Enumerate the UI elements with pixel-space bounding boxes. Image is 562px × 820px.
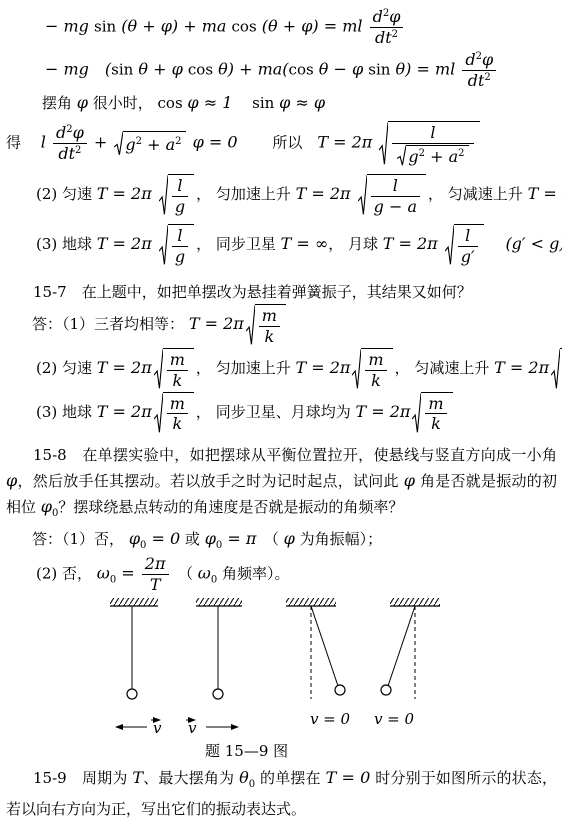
numerator: d2φ (370, 8, 404, 28)
math-run: φ (73, 123, 84, 142)
math-run: T (132, 768, 143, 787)
math-run: g − a (374, 197, 417, 216)
math-run: T = 2π (383, 234, 443, 253)
math-run: T = ∞ (281, 234, 329, 253)
square-root: lg2 + a2 (379, 121, 479, 166)
radical-sign-icon (114, 131, 123, 156)
math-run: d (465, 50, 475, 69)
figure-caption: 题 15—9 图 (205, 740, 562, 761)
radical-sign-icon (445, 224, 454, 266)
math-run: + (89, 133, 113, 152)
document-page: − mg sin (θ + φ) + ma cos (θ + φ) = ml d… (0, 0, 562, 820)
math-run: T = 0 (326, 768, 371, 787)
pendulum-bob (381, 685, 391, 695)
superscript: 2 (484, 72, 490, 83)
math-run: k (431, 414, 441, 433)
equation-1: − mg sin (θ + φ) + ma cos (θ + φ) = ml d… (45, 8, 562, 47)
ceiling-hatch-icon (286, 598, 336, 606)
question-15-8: 15-8 在单摆实验中，如把摆球从平衡位置拉开，使悬线与竖直方向成一小角 φ，然… (6, 443, 557, 526)
radical-sign-icon (379, 121, 388, 166)
velocity-zero-label: v = 0 (374, 710, 415, 728)
square-root: mk (352, 348, 392, 390)
text-run: ， 匀加速上升 (196, 185, 296, 203)
text-run: ， 同步卫星、月球均为 (196, 402, 356, 420)
superscript: 2 (392, 29, 398, 40)
numerator: 2π (142, 555, 169, 575)
square-root: mk (551, 348, 562, 390)
radicand: lg (168, 224, 194, 266)
math-run: dt (375, 28, 392, 47)
superscript: 2 (458, 148, 464, 159)
math-run: T = 2π (295, 358, 350, 377)
math-run: k (265, 327, 275, 346)
answer-15-7-1: 答：（1）三者均相等： T = 2πmk (32, 304, 562, 346)
text-run: 摆角 (42, 94, 77, 112)
math-run: k (172, 414, 182, 433)
ceiling-hatch-icon (390, 598, 440, 606)
math-run: m (170, 350, 185, 369)
math-run: T = 2π (317, 133, 377, 152)
math-run: θ + φ (133, 59, 188, 78)
radical-sign-icon (246, 304, 255, 346)
math-run: + a (142, 135, 175, 154)
text-run: (2) 匀速 (36, 185, 97, 203)
math-run: θ) = ml (390, 59, 460, 78)
math-run: φ (77, 93, 88, 112)
radical-sign-icon (154, 348, 163, 390)
math-run: T (150, 575, 161, 594)
math-run: T = 2π (296, 184, 356, 203)
fraction: d2φdt2 (370, 8, 404, 47)
math-run: = 0 (146, 529, 180, 548)
math-run: T = 2π (494, 358, 549, 377)
derived-equation: 得 l d2φdt2 + g2 + a2 φ = 0 所以 T = 2π lg2… (6, 121, 562, 166)
text-run: ，然后放手任其摆动。若以放手之时为记时起点，试问此 (17, 472, 404, 490)
text-run: (2) 匀速 (36, 359, 97, 377)
denominator: k (167, 371, 188, 390)
text-run: 答：（1）三者均相等： (32, 315, 189, 333)
text-run: (2) 否， (36, 564, 97, 582)
math-run: φ (129, 529, 140, 548)
text-run: ， 匀减速上升 (395, 359, 495, 377)
math-run: φ (284, 529, 295, 548)
pendulum-bob (335, 685, 345, 695)
math-run: φ (41, 497, 52, 516)
math-run: l (465, 226, 470, 245)
square-root: mk (154, 348, 194, 390)
numerator: l (172, 177, 188, 197)
numerator: l (371, 177, 420, 197)
text-run: 答：（1）否， (32, 530, 129, 548)
text-run: ， 月球 (328, 235, 383, 253)
radicand: mk (163, 348, 194, 390)
math-run: φ (389, 7, 400, 26)
text-run: ， 同步卫星 (196, 235, 281, 253)
radicand: lg − a (367, 174, 426, 216)
math-run: dt (468, 71, 485, 90)
denominator: g′ (458, 247, 478, 266)
equation-2: − mg (sin θ + φ cos θ) + ma(cos θ − φ si… (45, 51, 562, 90)
denominator: k (167, 414, 188, 433)
math-run: l (177, 176, 182, 195)
denominator: g − a (371, 197, 420, 216)
math-run: θ (239, 768, 249, 787)
answer-15-6-3: (3) 地球 T = 2π lg， 同步卫星 T = ∞， 月球 T = 2π … (36, 224, 562, 266)
radicand: mk (163, 392, 194, 434)
pendulum-3: v = 0 (286, 598, 351, 728)
math-run: θ) + ma( (213, 59, 289, 78)
square-root: lg′ (445, 224, 484, 266)
math-run: m (170, 394, 185, 413)
denominator: dt2 (370, 28, 404, 47)
math-run: l (41, 133, 51, 152)
fraction: mk (259, 307, 280, 346)
text-run: （ (256, 530, 283, 548)
radical-sign-icon (154, 392, 163, 434)
pendulum-2: v (186, 598, 242, 737)
denominator: g (172, 197, 188, 216)
math-run: T = 2π (189, 314, 244, 333)
math-run: k (172, 371, 182, 390)
text-run: 的单摆在 (255, 769, 325, 787)
radicand: g2 + a2 (406, 145, 468, 166)
math-run: dt (58, 144, 75, 163)
blocks-bottom: 15-9 周期为 T、最大摆角为 θ0 的单摆在 T = 0 时分别于如图所示的… (0, 765, 562, 820)
numerator: l (458, 227, 478, 247)
answer-15-7-2: (2) 匀速 T = 2πmk， 匀加速上升 T = 2πmk， 匀减速上升 T… (36, 348, 562, 390)
pendulum-string (388, 606, 415, 686)
velocity-zero-label: v = 0 (310, 710, 351, 728)
radical-sign-icon (358, 174, 367, 216)
fraction: mk (167, 351, 188, 390)
math-run: d (56, 123, 66, 142)
math-run: T = 2π (97, 401, 152, 420)
text-run: 所以 (238, 134, 318, 152)
math-run: g (125, 135, 135, 154)
question-15-7: 15-7 在上题中，如把单摆改为悬挂着弹簧振子，其结果又如何？ (33, 282, 562, 302)
text-run: cos (232, 17, 257, 35)
radical-sign-icon (159, 174, 168, 216)
ceiling-hatch-icon (196, 598, 242, 606)
text-run: ， 匀加速上升 (196, 359, 296, 377)
math-run: ω (198, 563, 211, 582)
fraction: lg (172, 227, 188, 266)
fraction: lg (172, 177, 188, 216)
ceiling-hatch-icon (110, 598, 158, 606)
numerator: m (167, 351, 188, 371)
radicand: lg2 + a2 (388, 121, 479, 166)
math-run: 2π (145, 554, 166, 573)
text-run: 、最大摆角为 (143, 769, 239, 787)
pendulum-1: v (110, 598, 162, 737)
text-run: 很小时， cos (88, 94, 187, 112)
radical-sign-icon (159, 224, 168, 266)
fraction: mk (365, 351, 386, 390)
small-angle-line: 摆角 φ 很小时， cos φ ≈ 1 sin φ ≈ φ (42, 92, 562, 114)
numerator: d2φ (462, 51, 496, 71)
denominator: k (365, 371, 386, 390)
fraction: d2φdt2 (462, 51, 496, 90)
pendulum-bob (213, 689, 223, 699)
velocity-label: v (153, 719, 162, 737)
numerator: d2φ (53, 124, 87, 144)
text-run: 15-7 在上题中，如把单摆改为悬挂着弹簧振子，其结果又如何？ (33, 283, 472, 301)
fraction: mk (425, 395, 446, 434)
numerator: l (172, 227, 188, 247)
square-root: g2 + a2 (397, 145, 468, 166)
math-run: l (393, 176, 398, 195)
text-run: （ (171, 564, 198, 582)
math-run: T = 2π (355, 401, 410, 420)
answer-15-8-2: (2) 否， ω0 = 2πT （ ω0 角频率）。 (36, 555, 562, 594)
fraction: 2πT (142, 555, 169, 594)
radicand: lg′ (454, 224, 484, 266)
text-run: ？摆球绕悬点转动的角速度是否就是振动的角频率？ (58, 498, 403, 516)
text-run: 得 (6, 134, 41, 152)
square-root: mk (412, 392, 452, 434)
math-run: m (428, 394, 443, 413)
math-run: φ = 0 (188, 133, 238, 152)
superscript: 2 (175, 136, 181, 147)
math-run: T = 2π (97, 358, 152, 377)
math-run: k (371, 371, 381, 390)
math-run: φ (404, 471, 415, 490)
math-run: T = 2π (97, 184, 157, 203)
math-run: = π (222, 529, 256, 548)
math-run: ω (97, 563, 110, 582)
radicand: mk (255, 304, 286, 346)
square-root: mk (246, 304, 286, 346)
fraction: lg2 + a2 (392, 124, 473, 166)
text-run: sin (111, 60, 133, 78)
math-run: (g′ < g) (505, 234, 562, 253)
math-run: g′ (461, 247, 475, 266)
radical-sign-icon (551, 348, 560, 390)
denominator: T (142, 575, 169, 594)
text-run: (3) 地球 (36, 235, 97, 253)
numerator: m (259, 307, 280, 327)
math-run: θ − φ (314, 59, 369, 78)
numerator: l (392, 124, 473, 144)
square-root: mk (154, 392, 194, 434)
text-run: cos (188, 60, 213, 78)
math-run: + a (425, 147, 458, 166)
math-run: φ ≈ 1 (187, 93, 232, 112)
radicand: mk (361, 348, 392, 390)
answer-15-7-3: (3) 地球 T = 2πmk， 同步卫星、月球均为 T = 2πmk (36, 392, 562, 434)
square-root: lg (159, 174, 194, 216)
text-run: 15-8 在单摆实验中，如把摆球从平衡位置拉开，使悬线与竖直方向成一小角 (33, 446, 557, 464)
radicand: lg (168, 174, 194, 216)
radicand: mk (421, 392, 452, 434)
math-run: φ (205, 529, 216, 548)
math-run: T = 2π (528, 184, 562, 203)
math-run: g (175, 247, 185, 266)
math-run: (θ + φ) = ml (257, 16, 368, 35)
answer-15-8-1: 答：（1）否， φ0 = 0 或 φ0 = π （ φ 为角振幅）； (32, 528, 562, 553)
radical-sign-icon (352, 348, 361, 390)
blocks-top: − mg sin (θ + φ) + ma cos (θ + φ) = ml d… (0, 8, 562, 594)
fraction: d2φdt2 (53, 124, 87, 163)
numerator: m (365, 351, 386, 371)
math-run: − mg (45, 16, 94, 35)
pendulum-bob (127, 689, 137, 699)
math-run: = (116, 563, 140, 582)
text-run: ， 匀减速上升 (428, 185, 528, 203)
denominator: k (425, 414, 446, 433)
pendulum-4: v = 0 (374, 598, 440, 728)
text-run: cos (289, 60, 314, 78)
math-run: − mg ( (45, 59, 111, 78)
text-run: sin (94, 17, 116, 35)
math-run: m (368, 350, 383, 369)
math-run: l (177, 226, 182, 245)
denominator: dt2 (53, 144, 87, 163)
radical-sign-icon (412, 392, 421, 434)
denominator: dt2 (462, 71, 496, 90)
pendulum-diagram: v v v = 0 v = 0 (0, 596, 562, 738)
math-run: φ ≈ φ (279, 93, 325, 112)
text-run: sin (232, 94, 279, 112)
numerator: m (167, 395, 188, 415)
math-run: l (430, 123, 435, 142)
math-run: g (175, 197, 185, 216)
text-run (486, 235, 506, 253)
square-root: lg (159, 224, 194, 266)
pendulum-string (311, 606, 338, 686)
text-run: 为角振幅）； (295, 530, 382, 548)
square-root: g2 + a2 (114, 131, 185, 156)
math-run: g (408, 147, 418, 166)
radical-sign-icon (397, 145, 406, 166)
math-run: (θ + φ) + ma (116, 16, 231, 35)
text-run: 角频率）。 (217, 564, 289, 582)
fraction: lg′ (458, 227, 478, 266)
answer-15-6-2: (2) 匀速 T = 2π lg， 匀加速上升 T = 2π lg − a， 匀… (36, 174, 562, 216)
radicand: g2 + a2 (123, 131, 185, 156)
math-run: d (373, 7, 383, 26)
text-run: (3) 地球 (36, 402, 97, 420)
question-15-9: 15-9 周期为 T、最大摆角为 θ0 的单摆在 T = 0 时分别于如图所示的… (6, 765, 557, 820)
text-run: sin (368, 60, 390, 78)
fraction: mk (167, 395, 188, 434)
math-run: φ (6, 471, 17, 490)
numerator: m (425, 395, 446, 415)
square-root: lg − a (358, 174, 426, 216)
velocity-label: v (188, 719, 197, 737)
superscript: 2 (75, 145, 81, 156)
fraction: lg − a (371, 177, 420, 216)
denominator: g (172, 247, 188, 266)
denominator: k (259, 327, 280, 346)
math-run: φ (482, 50, 493, 69)
denominator: g2 + a2 (392, 144, 473, 166)
math-run: m (262, 306, 277, 325)
math-run: T = 2π (97, 234, 157, 253)
text-run: 15-9 周期为 (33, 769, 132, 787)
text-run: 或 (180, 530, 205, 548)
